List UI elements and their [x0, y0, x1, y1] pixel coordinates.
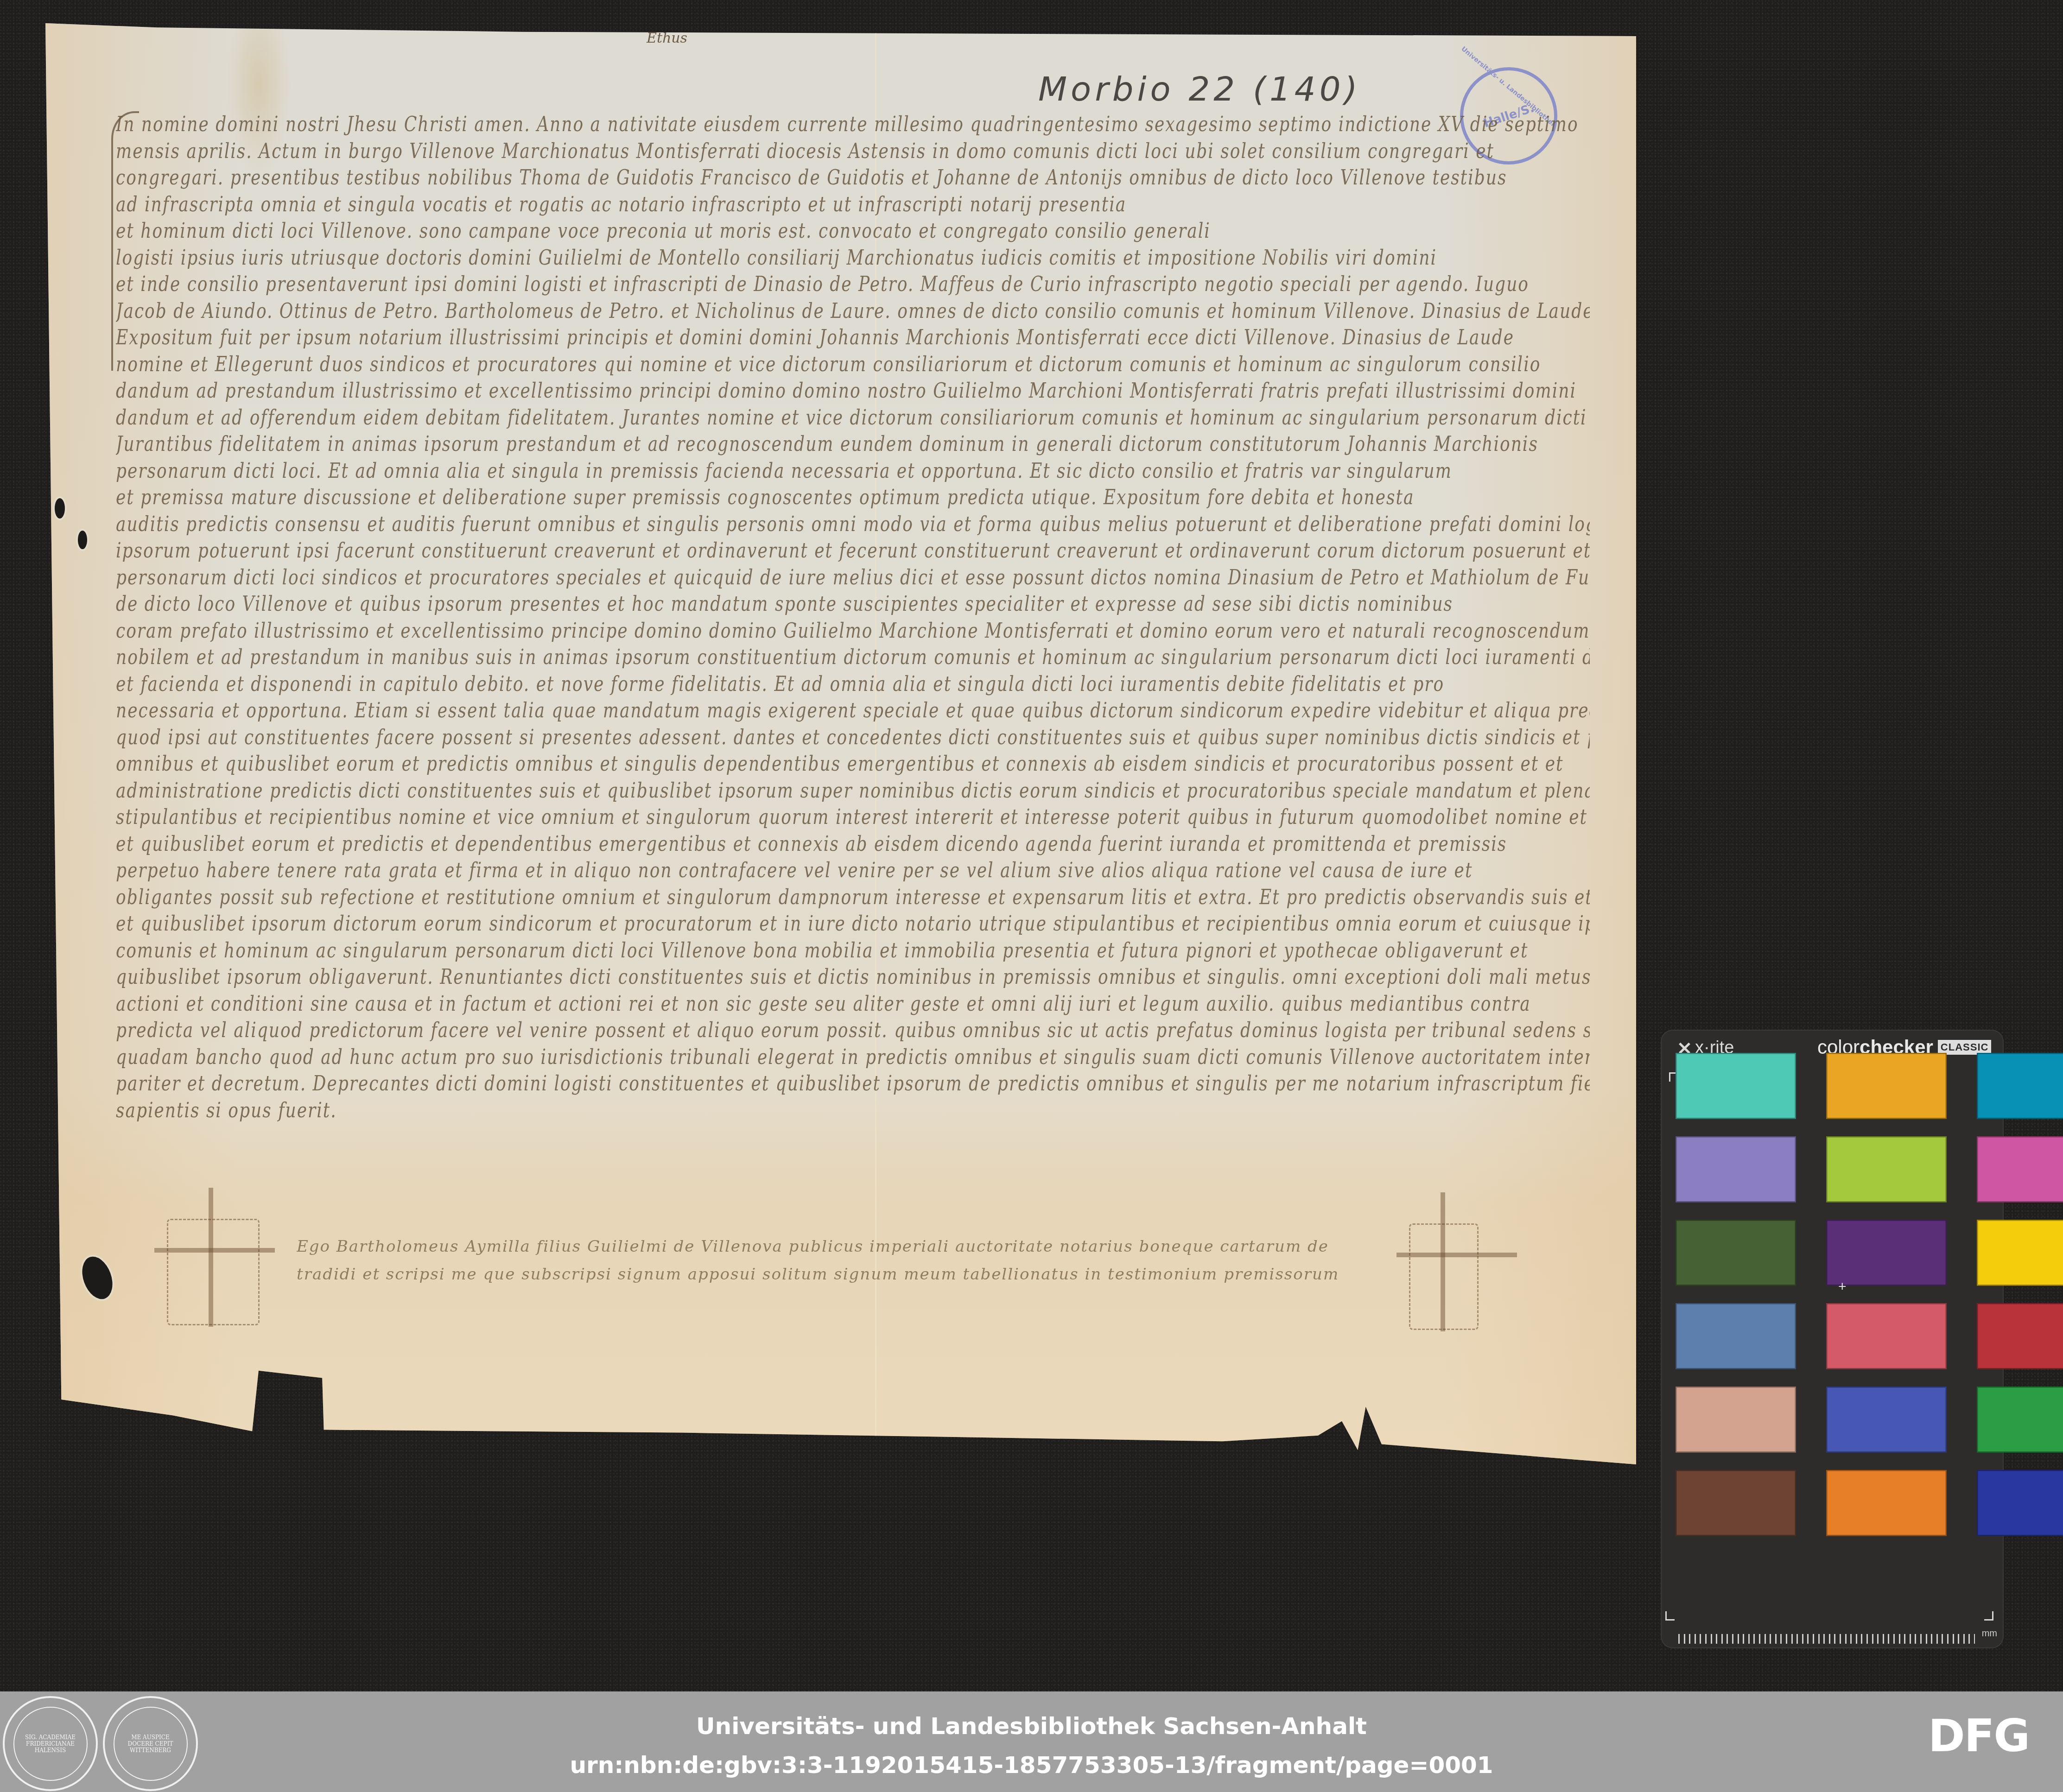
color-patch	[1676, 1303, 1796, 1369]
charter-body-text: In nomine domini nostri Jhesu Christi am…	[116, 111, 1590, 1124]
color-patch	[1676, 1053, 1796, 1119]
color-patch	[1977, 1053, 2063, 1119]
color-patch	[1977, 1220, 2063, 1286]
dfg-logo: DFG	[1928, 1710, 2029, 1762]
color-patch	[1977, 1136, 2063, 1203]
color-patch	[1826, 1053, 1947, 1119]
color-patch	[1977, 1303, 2063, 1369]
color-checker-card: x·rite colorchecker CLASSIC + mm	[1661, 1030, 2004, 1648]
ruler-unit: mm	[1982, 1628, 1997, 1639]
shelfmark-annotation: Morbio 22 (140)	[1038, 70, 1361, 108]
color-patch	[1676, 1136, 1796, 1203]
corner-mark-icon	[1984, 1611, 1993, 1621]
subscription-line: Ego Bartholomeus Aymilla filius Guilielm…	[297, 1233, 1432, 1260]
mm-ruler	[1678, 1630, 1975, 1644]
color-patch	[1676, 1220, 1796, 1286]
notary-subscription: Ego Bartholomeus Aymilla filius Guilielm…	[297, 1233, 1432, 1288]
footer-bar: SIG. ACADEMIAE FRIDERICIANAE HALENSIS ME…	[0, 1691, 2063, 1792]
notarial-sign-left-icon	[167, 1219, 260, 1325]
color-patch	[1977, 1470, 2063, 1536]
subscription-line: tradidi et scripsi me que subscripsi sig…	[297, 1260, 1432, 1288]
color-patch	[1826, 1136, 1947, 1203]
corner-mark-icon	[1665, 1611, 1675, 1621]
color-patch	[1676, 1470, 1796, 1536]
binding-hole-icon	[78, 531, 87, 549]
color-patch	[1826, 1470, 1947, 1536]
binding-hole-icon	[55, 498, 65, 519]
color-patch-grid	[1676, 1053, 2063, 1536]
color-patch	[1826, 1220, 1947, 1286]
top-marginal-note: Ethus	[647, 30, 687, 46]
library-name: Universitäts- und Landesbibliothek Sachs…	[0, 1713, 2063, 1740]
crosshair-icon: +	[1838, 1280, 1847, 1294]
scan-background: Ethus Morbio 22 (140) Universitäts- u. L…	[0, 0, 2063, 1691]
color-patch	[1826, 1303, 1947, 1369]
color-patch	[1977, 1387, 2063, 1453]
manuscript-line: sapientis si opus fuerit.	[116, 1094, 1590, 1127]
urn-link[interactable]: urn:nbn:de:gbv:3:3-1192015415-1857753305…	[0, 1752, 2063, 1779]
color-patch	[1676, 1387, 1796, 1453]
color-patch	[1826, 1387, 1947, 1453]
